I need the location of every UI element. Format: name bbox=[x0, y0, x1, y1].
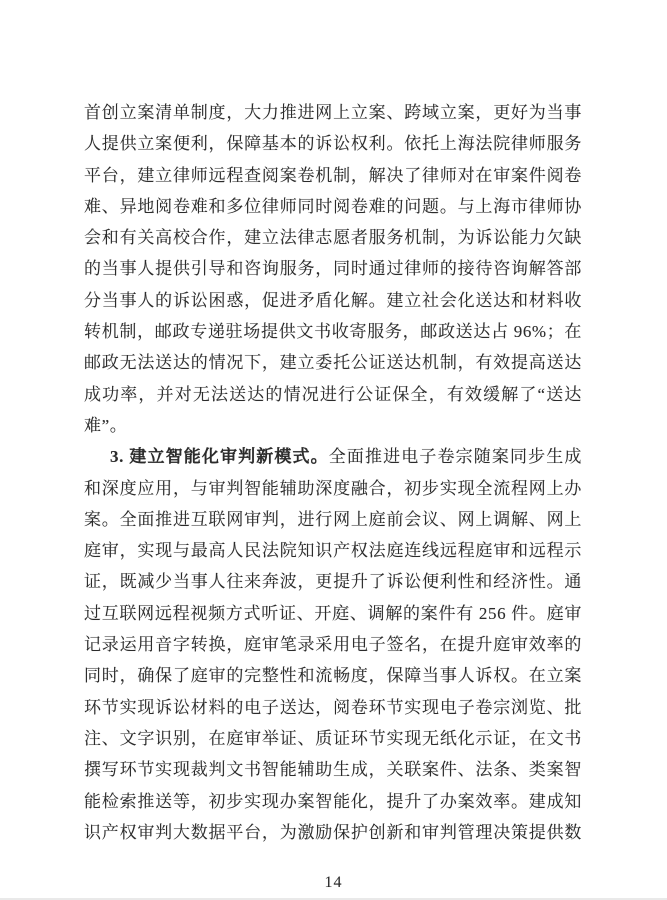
text-line: 转机制，邮政专递驻场提供文书收寄服务，邮政送达占 96%；在 bbox=[84, 316, 582, 347]
text-run: 能检索推送等，初步实现办案智能化，提升了办案效率。建成知 bbox=[84, 792, 582, 811]
text-line: 人提供立案便利，保障基本的诉讼权利。依托上海法院律师服务 bbox=[84, 128, 582, 159]
text-run: 注、文字识别，在庭审举证、质证环节实现无纸化示证，在文书 bbox=[84, 729, 582, 748]
text-run: 记录运用音字转换，庭审笔录采用电子签名，在提升庭审效率的 bbox=[84, 635, 582, 654]
text-run: 和深度应用，与审判智能辅助深度融合，初步实现全流程网上办 bbox=[84, 479, 582, 498]
text-run: 难”。 bbox=[84, 416, 127, 435]
text-line: 注、文字识别，在庭审举证、质证环节实现无纸化示证，在文书 bbox=[84, 723, 582, 754]
text-run: 案。全面推进互联网审判，进行网上庭前会议、网上调解、网上 bbox=[84, 510, 582, 529]
text-line: 证，既减少当事人往来奔波，更提升了诉讼便利性和经济性。通 bbox=[84, 566, 582, 597]
text-line: 难”。 bbox=[84, 410, 582, 441]
text-run: 证，既减少当事人往来奔波，更提升了诉讼便利性和经济性。通 bbox=[84, 572, 582, 591]
text-line: 的当事人提供引导和咨询服务，同时通过律师的接待咨询解答部 bbox=[84, 253, 582, 284]
text-line: 和深度应用，与审判智能辅助深度融合，初步实现全流程网上办 bbox=[84, 473, 582, 504]
text-line: 分当事人的诉讼困惑，促进矛盾化解。建立社会化送达和材料收 bbox=[84, 285, 582, 316]
text-line: 识产权审判大数据平台，为激励保护创新和审判管理决策提供数 bbox=[84, 817, 582, 848]
text-line: 环节实现诉讼材料的电子送达，阅卷环节实现电子卷宗浏览、批 bbox=[84, 692, 582, 723]
text-run: 全面推进电子卷宗随案同步生成 bbox=[329, 447, 582, 466]
text-line: 会和有关高校合作，建立法律志愿者服务机制，为诉讼能力欠缺 bbox=[84, 222, 582, 253]
text-block: 首创立案清单制度，大力推进网上立案、跨域立案，更好为当事人提供立案便利，保障基本… bbox=[84, 97, 582, 848]
text-run: 过互联网远程视频方式听证、开庭、调解的案件有 256 件。庭审 bbox=[84, 604, 582, 623]
text-line: 案。全面推进互联网审判，进行网上庭前会议、网上调解、网上 bbox=[84, 504, 582, 535]
heading-run: 3. 建立智能化审判新模式。 bbox=[110, 447, 329, 466]
text-line: 首创立案清单制度，大力推进网上立案、跨域立案，更好为当事 bbox=[84, 97, 582, 128]
scanned-document-page: 首创立案清单制度，大力推进网上立案、跨域立案，更好为当事人提供立案便利，保障基本… bbox=[0, 0, 667, 900]
text-run: 庭审，实现与最高人民法院知识产权法庭连线远程庭审和远程示 bbox=[84, 541, 582, 560]
text-run: 识产权审判大数据平台，为激励保护创新和审判管理决策提供数 bbox=[84, 823, 582, 842]
text-run: 环节实现诉讼材料的电子送达，阅卷环节实现电子卷宗浏览、批 bbox=[84, 698, 582, 717]
text-line: 能检索推送等，初步实现办案智能化，提升了办案效率。建成知 bbox=[84, 786, 582, 817]
text-run: 分当事人的诉讼困惑，促进矛盾化解。建立社会化送达和材料收 bbox=[84, 291, 582, 310]
text-line: 平台，建立律师远程查阅案卷机制，解决了律师对在审案件阅卷 bbox=[84, 160, 582, 191]
text-run: 撰写环节实现裁判文书智能辅助生成，关联案件、法条、类案智 bbox=[84, 760, 582, 779]
text-line: 邮政无法送达的情况下，建立委托公证送达机制，有效提高送达 bbox=[84, 347, 582, 378]
text-line: 同时，确保了庭审的完整性和流畅度，保障当事人诉权。在立案 bbox=[84, 660, 582, 691]
text-run: 首创立案清单制度，大力推进网上立案、跨域立案，更好为当事 bbox=[84, 103, 582, 122]
text-run: 同时，确保了庭审的完整性和流畅度，保障当事人诉权。在立案 bbox=[84, 666, 582, 685]
text-run: 难、异地阅卷难和多位律师同时阅卷难的问题。与上海市律师协 bbox=[84, 197, 582, 216]
text-run: 人提供立案便利，保障基本的诉讼权利。依托上海法院律师服务 bbox=[84, 134, 582, 153]
text-line: 难、异地阅卷难和多位律师同时阅卷难的问题。与上海市律师协 bbox=[84, 191, 582, 222]
text-line: 记录运用音字转换，庭审笔录采用电子签名，在提升庭审效率的 bbox=[84, 629, 582, 660]
text-run: 成功率，并对无法送达的情况进行公证保全，有效缓解了“送达 bbox=[84, 385, 582, 404]
text-run: 的当事人提供引导和咨询服务，同时通过律师的接待咨询解答部 bbox=[84, 259, 582, 278]
text-line: 过互联网远程视频方式听证、开庭、调解的案件有 256 件。庭审 bbox=[84, 598, 582, 629]
text-run: 平台，建立律师远程查阅案卷机制，解决了律师对在审案件阅卷 bbox=[84, 166, 582, 185]
text-run: 会和有关高校合作，建立法律志愿者服务机制，为诉讼能力欠缺 bbox=[84, 228, 582, 247]
text-line: 撰写环节实现裁判文书智能辅助生成，关联案件、法条、类案智 bbox=[84, 754, 582, 785]
text-line: 庭审，实现与最高人民法院知识产权法庭连线远程庭审和远程示 bbox=[84, 535, 582, 566]
text-run: 邮政无法送达的情况下，建立委托公证送达机制，有效提高送达 bbox=[84, 353, 582, 372]
text-run: 转机制，邮政专递驻场提供文书收寄服务，邮政送达占 96%；在 bbox=[84, 322, 582, 341]
text-line: 成功率，并对无法送达的情况进行公证保全，有效缓解了“送达 bbox=[84, 379, 582, 410]
page-number: 14 bbox=[0, 874, 667, 892]
text-line: 3. 建立智能化审判新模式。全面推进电子卷宗随案同步生成 bbox=[84, 441, 582, 472]
